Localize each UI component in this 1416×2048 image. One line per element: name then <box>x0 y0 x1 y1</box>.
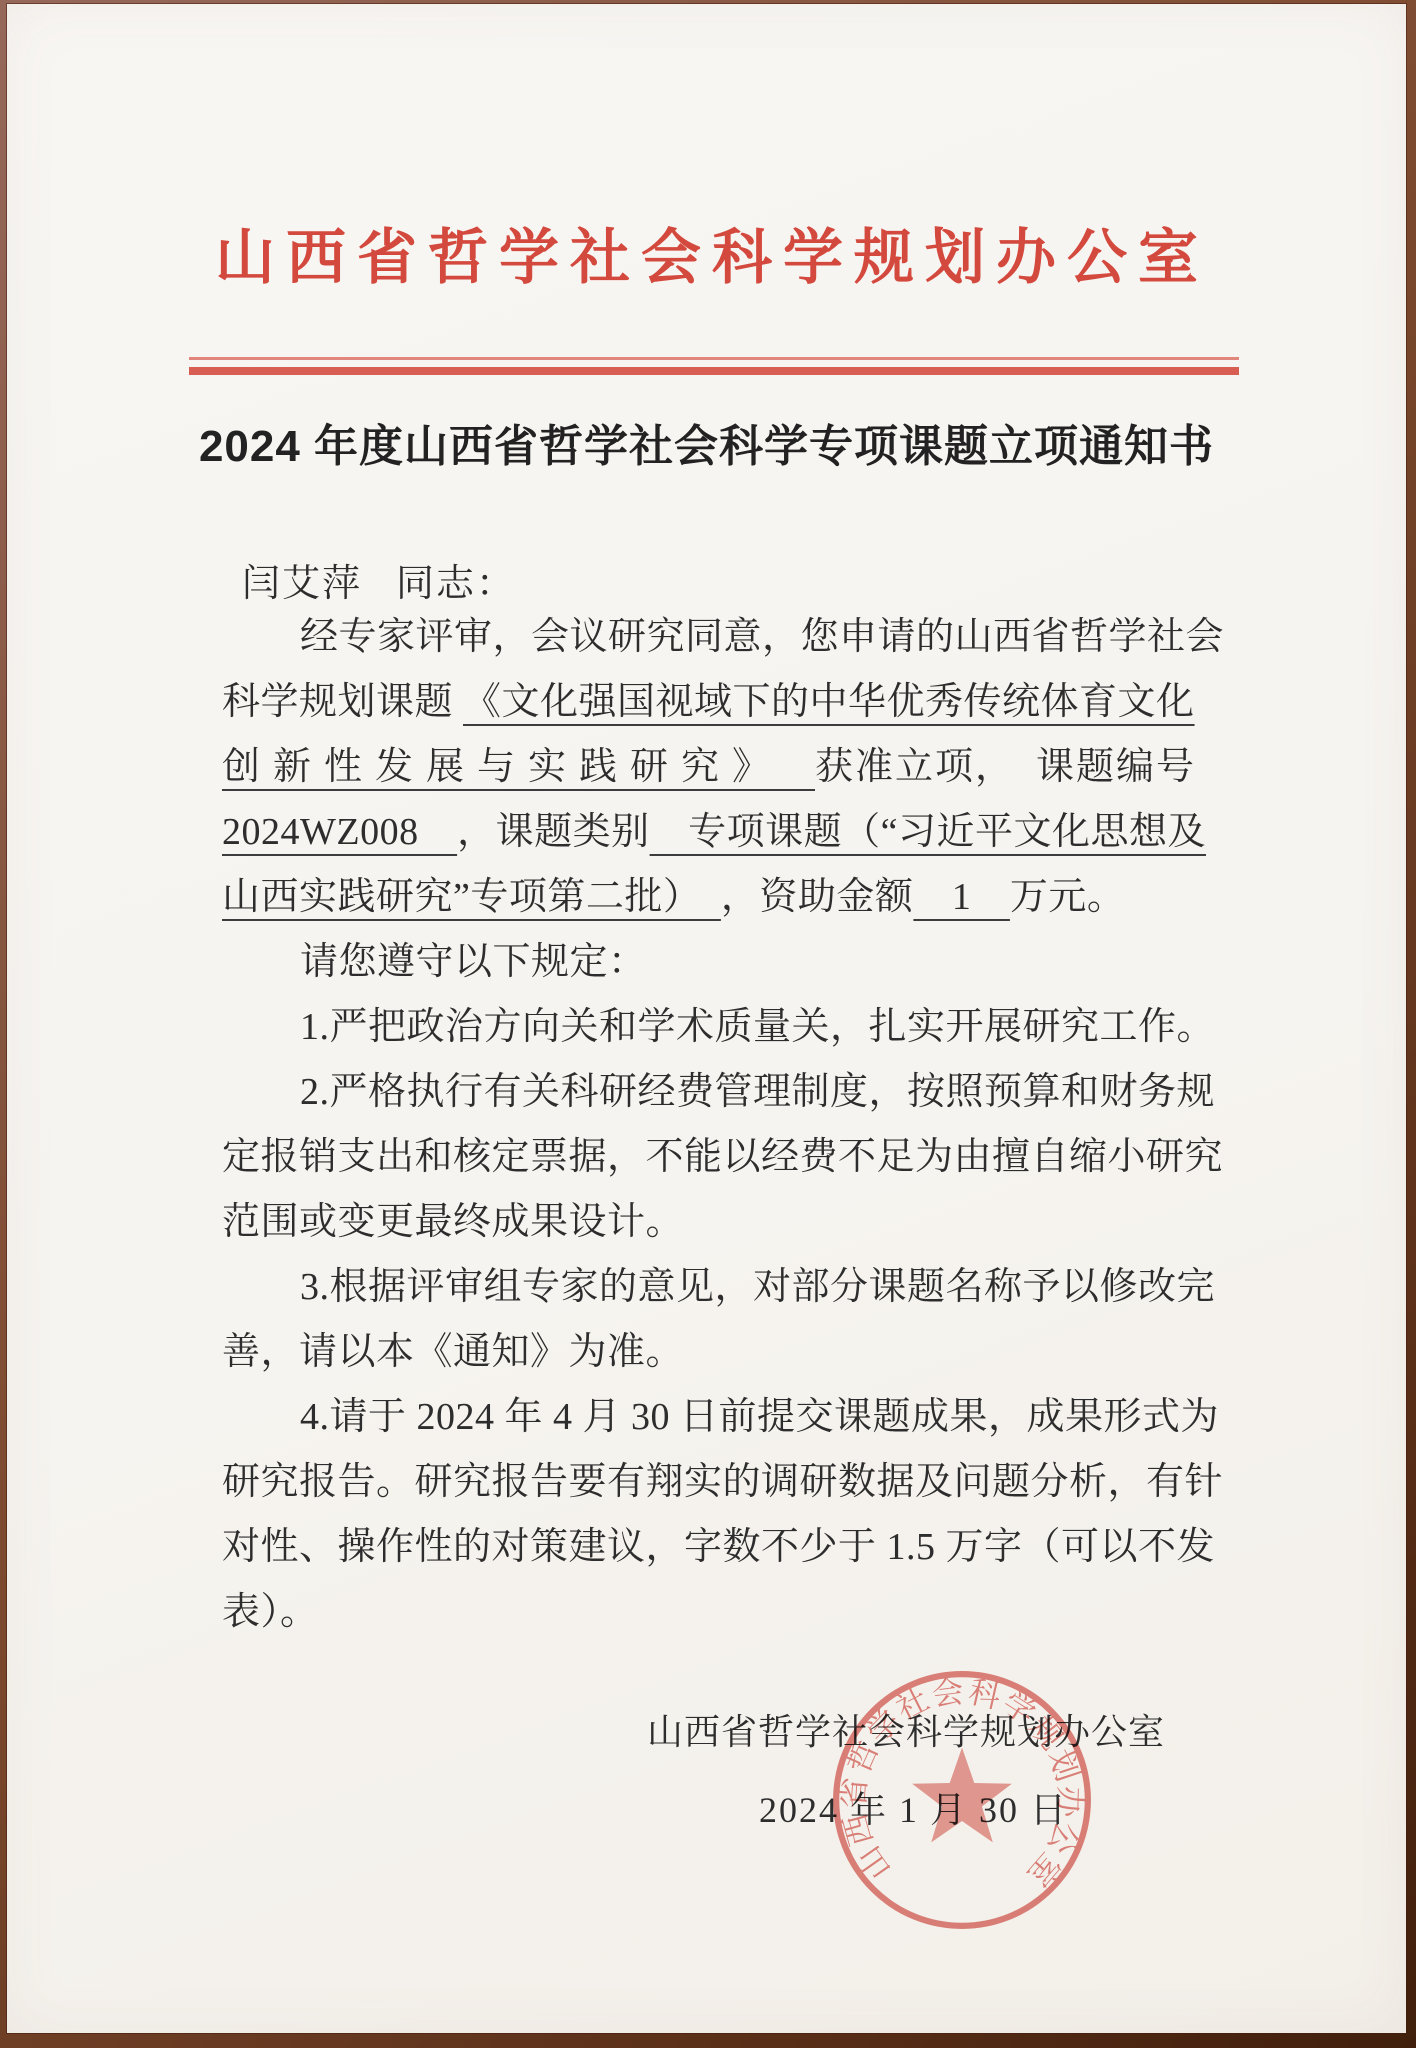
text-segment: 范围或变更最终成果设计。 <box>222 1201 684 1243</box>
text-segment: 3.根据评审组专家的意见，对部分课题名称予以修改完 <box>300 1266 1215 1308</box>
salutation-suffix: 同志： <box>396 563 516 605</box>
doc-line-4: 2024WZ008 ，课题类别 专项课题（“习近平文化思想及 <box>222 800 1232 865</box>
salutation: 闫艾萍同志： <box>242 552 516 607</box>
doc-line-2: 科学规划课题 《文化强国视域下的中华优秀传统体育文化 <box>222 670 1232 735</box>
text-segment: 经专家评审，会议研究同意，您申请的山西省哲学社会 <box>300 616 1224 658</box>
text-segment: 万元。 <box>1010 876 1126 918</box>
text-segment: 善，请以本《通知》为准。 <box>222 1331 684 1373</box>
doc-line-6: 请您遵守以下规定： <box>222 930 1232 995</box>
text-segment: 请您遵守以下规定： <box>300 941 647 983</box>
doc-line-8: 2.严格执行有关科研经费管理制度，按照预算和财务规 <box>222 1060 1232 1125</box>
text-segment: 课题编号 <box>996 746 1196 788</box>
doc-line-9: 定报销支出和核定票据，不能以经费不足为由擅自缩小研究 <box>222 1125 1232 1190</box>
doc-line-7: 1.严把政治方向关和学术质量关，扎实开展研究工作。 <box>222 995 1232 1060</box>
signature-org: 山西省哲学社会科学规划办公室 <box>647 1704 1165 1755</box>
doc-line-11: 3.根据评审组专家的意见，对部分课题名称予以修改完 <box>222 1255 1232 1320</box>
filled-blank: 2024WZ008 <box>222 811 457 853</box>
filled-blank: 山西实践研究”专项第二批） <box>222 876 721 918</box>
letterhead-rule-thick <box>189 367 1239 375</box>
filled-blank: 创新性发展与实践研究》 <box>222 746 815 788</box>
body-text: 经专家评审，会议研究同意，您申请的山西省哲学社会科学规划课题 《文化强国视域下的… <box>222 605 1232 1645</box>
doc-line-3: 创新性发展与实践研究》 获准立项， 课题编号 <box>222 735 1232 800</box>
text-segment: ，课题类别 <box>457 811 650 853</box>
text-segment: 2.严格执行有关科研经费管理制度，按照预算和财务规 <box>300 1071 1215 1113</box>
doc-line-15: 对性、操作性的对策建议，字数不少于 1.5 万字（可以不发 <box>222 1515 1232 1580</box>
doc-line-16: 表）。 <box>222 1580 1232 1645</box>
doc-line-12: 善，请以本《通知》为准。 <box>222 1320 1232 1385</box>
filled-blank: 专项课题（“习近平文化思想及 <box>650 811 1206 853</box>
text-segment: 4.请于 2024 年 4 月 30 日前提交课题成果，成果形式为 <box>300 1396 1219 1438</box>
text-segment: 表）。 <box>222 1591 319 1633</box>
doc-line-13: 4.请于 2024 年 4 月 30 日前提交课题成果，成果形式为 <box>222 1385 1232 1450</box>
text-segment: 对性、操作性的对策建议，字数不少于 1.5 万字（可以不发 <box>222 1526 1215 1568</box>
letterhead-rule-thin <box>189 357 1239 360</box>
doc-line-14: 研究报告。研究报告要有翔实的调研数据及问题分析，有针 <box>222 1450 1232 1515</box>
doc-line-10: 范围或变更最终成果设计。 <box>222 1190 1232 1255</box>
photo-background: { "letterhead": { "org_name": "山西省哲学社会科学… <box>0 0 1416 2048</box>
document-page: 山西省哲学社会科学规划办公室 2024 年度山西省哲学社会科学专项课题立项通知书… <box>7 4 1406 2033</box>
doc-line-1: 经专家评审，会议研究同意，您申请的山西省哲学社会 <box>222 605 1232 670</box>
filled-blank: 《文化强国视域下的中华优秀传统体育文化 <box>463 681 1195 723</box>
recipient-name: 闫艾萍 <box>242 563 362 605</box>
text-segment: 获准立项， <box>815 746 996 788</box>
text-segment: 1.严把政治方向关和学术质量关，扎实开展研究工作。 <box>300 1006 1215 1048</box>
text-segment: 定报销支出和核定票据，不能以经费不足为由擅自缩小研究 <box>222 1136 1223 1178</box>
letterhead-org-name: 山西省哲学社会科学规划办公室 <box>7 210 1406 296</box>
document-title: 2024 年度山西省哲学社会科学专项课题立项通知书 <box>7 410 1406 474</box>
doc-line-5: 山西实践研究”专项第二批） ，资助金额 1 万元。 <box>222 865 1232 930</box>
text-segment: 科学规划课题 <box>222 681 463 723</box>
text-segment: 研究报告。研究报告要有翔实的调研数据及问题分析，有针 <box>222 1461 1223 1503</box>
signature-date: 2024 年 1 月 30 日 <box>759 1782 1068 1833</box>
filled-blank: 1 <box>913 876 1010 918</box>
text-segment: ，资助金额 <box>721 876 914 918</box>
